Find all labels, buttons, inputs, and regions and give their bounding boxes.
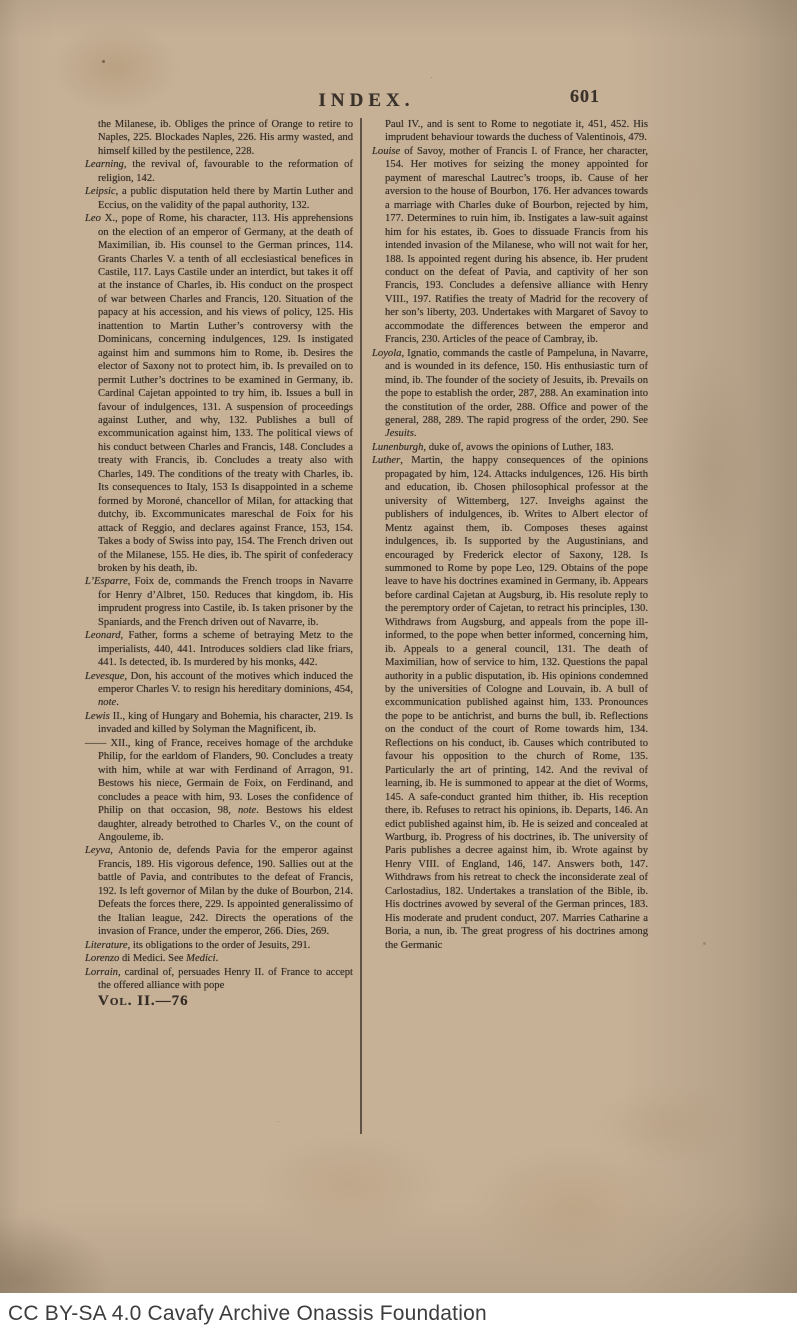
volume-footer: Vol. II.—76 bbox=[98, 995, 353, 1008]
index-entry: Levesque, Don, his account of the motive… bbox=[85, 670, 353, 710]
column-left: the Milanese, ib. Obliges the prince of … bbox=[85, 118, 353, 1134]
license-bar: CC BY-SA 4.0 Cavafy Archive Onassis Foun… bbox=[0, 1293, 797, 1334]
page-header: INDEX. bbox=[85, 90, 648, 112]
index-entry: Paul IV., and is sent to Rome to negotia… bbox=[372, 118, 648, 145]
column-divider-rule bbox=[360, 118, 362, 1134]
index-entry: —— XII., king of France, receives homage… bbox=[85, 737, 353, 845]
index-entry: Lorrain, cardinal of, persuades Henry II… bbox=[85, 966, 353, 993]
index-entry: Learning, the revival of, favourable to … bbox=[85, 158, 353, 185]
index-entry: Leonard, Father, forms a scheme of betra… bbox=[85, 629, 353, 669]
index-columns: the Milanese, ib. Obliges the prince of … bbox=[85, 118, 648, 1134]
index-entry: the Milanese, ib. Obliges the prince of … bbox=[85, 118, 353, 158]
index-entry: Literature, its obligations to the order… bbox=[85, 939, 353, 952]
index-entry: Lewis II., king of Hungary and Bohemia, … bbox=[85, 710, 353, 737]
page-number: 601 bbox=[570, 86, 600, 107]
license-text: CC BY-SA 4.0 Cavafy Archive Onassis Foun… bbox=[0, 1302, 487, 1326]
index-entry: Leo X., pope of Rome, his character, 113… bbox=[85, 212, 353, 575]
page-title: INDEX. bbox=[319, 90, 415, 111]
index-entry: Louise of Savoy, mother of Francis I. of… bbox=[372, 145, 648, 347]
paper-background: INDEX. 601 the Milanese, ib. Obliges the… bbox=[0, 0, 797, 1293]
index-entry: Leyva, Antonio de, defends Pavia for the… bbox=[85, 844, 353, 938]
index-entry: Lunenburgh, duke of, avows the opinions … bbox=[372, 441, 648, 454]
index-entry: Loyola, Ignatio, commands the castle of … bbox=[372, 347, 648, 441]
index-entry: Luther, Martin, the happy consequences o… bbox=[372, 454, 648, 952]
index-entry: L’Esparre, Foix de, commands the French … bbox=[85, 575, 353, 629]
paper-speck bbox=[102, 60, 105, 63]
column-right: Paul IV., and is sent to Rome to negotia… bbox=[372, 118, 648, 1134]
index-entry: Lorenzo di Medici. See Medici. bbox=[85, 952, 353, 965]
index-entry: Leipsic, a public disputation held there… bbox=[85, 185, 353, 212]
scanned-book-page: INDEX. 601 the Milanese, ib. Obliges the… bbox=[0, 0, 797, 1334]
